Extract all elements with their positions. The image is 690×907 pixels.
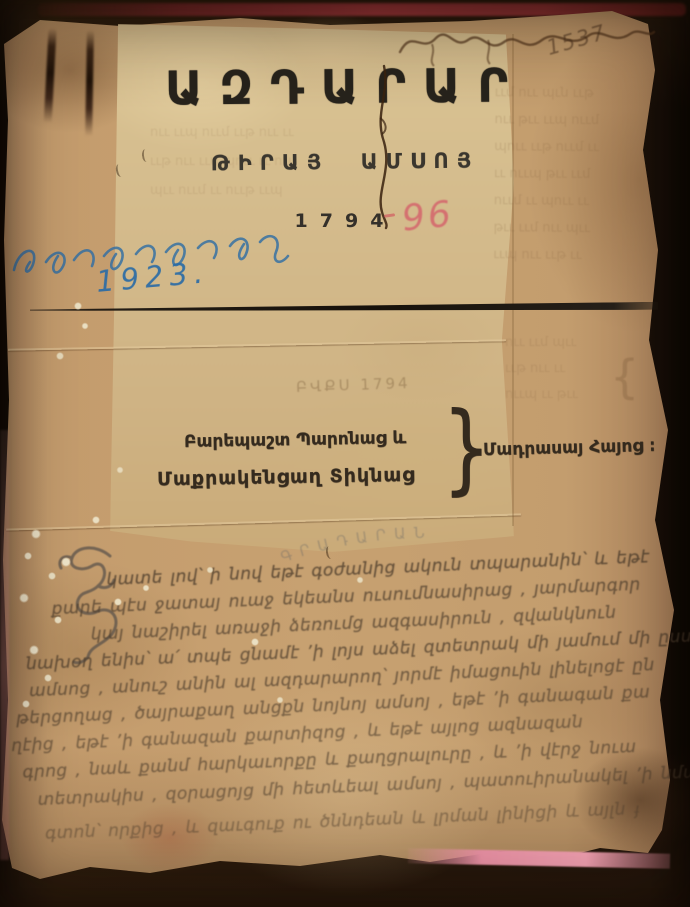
dedication-line-2: Մաքրակենցաղ Տիկնաց xyxy=(157,464,416,491)
body-paragraph: կատե լով՝ ի նով եթէ գօժանից ակուն տպարան… xyxy=(4,542,690,870)
pink-left-edge-tint xyxy=(0,430,9,860)
photo-of-azdarar-title-page: ււմ ոււ պւն ււթ ոււ թււ ււպ ոււմ պոււ ււ… xyxy=(0,0,690,907)
masthead-title: ԱԶԴԱՐԱՐ xyxy=(0,61,690,113)
pink-dyed-page-edge xyxy=(408,848,670,868)
bleedthrough-brace: { xyxy=(610,350,639,404)
dedication-line-1: Բարեպաշտ Պարոնաց և xyxy=(184,428,407,452)
red-pencil-number: 96 xyxy=(400,193,456,239)
